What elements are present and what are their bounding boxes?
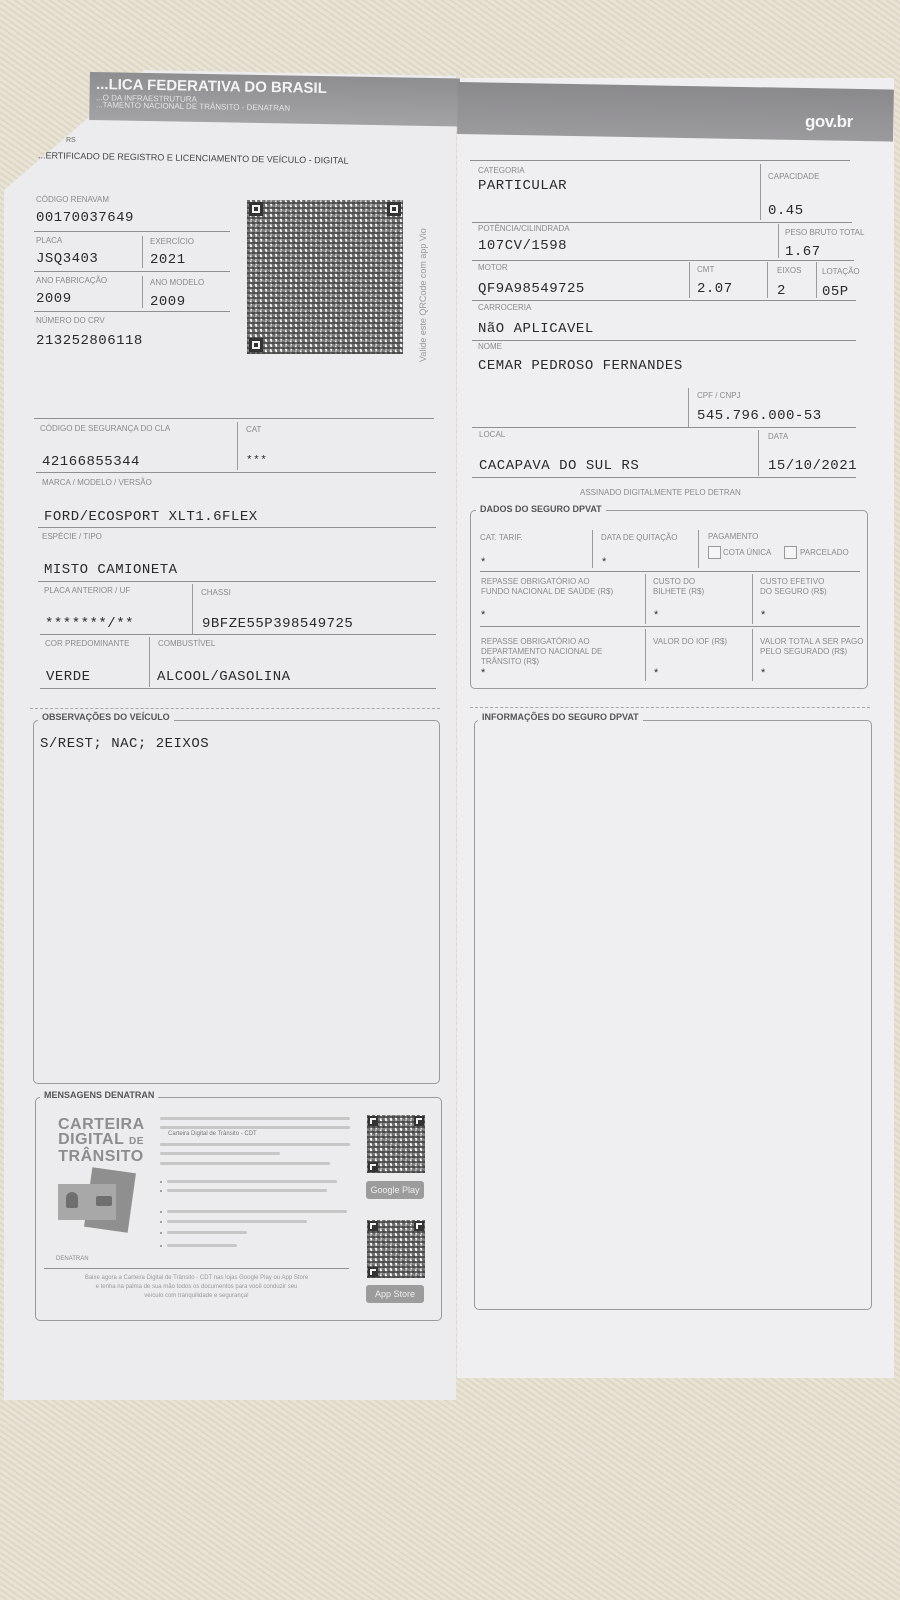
carroceria-label: CARROCERIA — [478, 303, 531, 312]
divider — [472, 300, 856, 301]
marca-modelo-value: FORD/ECOSPORT XLT1.6FLEX — [44, 509, 258, 525]
divider — [142, 276, 143, 308]
qr-finder-icon — [249, 202, 263, 216]
capacidade-value: 0.45 — [768, 203, 804, 219]
message-text — [167, 1210, 347, 1213]
divider — [480, 571, 860, 572]
custo-efetivo-value: * — [761, 609, 765, 621]
cat-label: CAT — [246, 425, 261, 434]
cpf-label: CPF / CNPJ — [697, 391, 741, 400]
message-text — [160, 1117, 350, 1120]
cdt-line-1: CARTEIRA — [58, 1117, 144, 1132]
divider — [480, 626, 860, 627]
message-text — [160, 1162, 330, 1165]
qr-finder-icon — [414, 1221, 424, 1231]
qr-caption: Valide este QRCode com app Vio — [418, 228, 428, 362]
message-text — [167, 1231, 247, 1234]
cdt-de: DE — [129, 1136, 144, 1147]
repasse-fns-label: REPASSE OBRIGATÓRIO AO — [481, 577, 590, 586]
custo-bilhete-label-2: BILHETE (R$) — [653, 587, 704, 596]
message-text — [160, 1126, 350, 1129]
divider — [40, 634, 436, 635]
denatran-messages-title: MENSAGENS DENATRAN — [40, 1090, 158, 1100]
peso-bruto-value: 1.67 — [785, 244, 821, 260]
divider — [767, 262, 768, 298]
divider — [472, 222, 852, 223]
cat-tarif-value: * — [481, 556, 485, 568]
valor-iof-label: VALOR DO IOF (R$) — [653, 637, 727, 646]
divider — [149, 637, 150, 687]
chassi-value: 9BFZE55P398549725 — [202, 616, 353, 632]
app-store-qr-code — [367, 1220, 425, 1278]
crv-label: NÚMERO DO CRV — [36, 316, 105, 325]
signed-notice: ASSINADO DIGITALMENTE PELO DETRAN — [580, 488, 741, 497]
divider — [689, 262, 690, 298]
eixos-label: EIXOS — [777, 266, 801, 275]
bullet — [160, 1221, 162, 1223]
divider — [472, 340, 856, 341]
message-text — [160, 1152, 280, 1155]
combustivel-value: ALCOOL/GASOLINA — [157, 669, 291, 685]
message-text — [167, 1244, 237, 1247]
potencia-label: POTÊNCIA/CILINDRADA — [478, 224, 570, 233]
message-text — [167, 1220, 307, 1223]
cat-tarif-label: CAT. TARIF. — [480, 533, 523, 542]
cdt-line-2: DIGITAL — [58, 1131, 124, 1148]
data-quitacao-value: * — [602, 556, 606, 568]
divider — [752, 574, 753, 624]
placa-value: JSQ3403 — [36, 251, 98, 267]
categoria-value: PARTICULAR — [478, 178, 567, 194]
custo-efetivo-label-2: DO SEGURO (R$) — [760, 587, 827, 596]
local-label: LOCAL — [479, 430, 505, 439]
custo-efetivo-label: CUSTO EFETIVO — [760, 577, 824, 586]
bullet — [160, 1211, 162, 1213]
cor-value: VERDE — [46, 669, 91, 685]
security-code-value: 42166855344 — [42, 454, 140, 470]
renavam-label: CÓDIGO RENAVAM — [36, 195, 109, 204]
divider — [645, 629, 646, 681]
divider — [758, 430, 759, 476]
cpf-value: 545.796.000-53 — [697, 408, 822, 424]
qr-finder-icon — [387, 202, 401, 216]
observations-box — [33, 720, 440, 1084]
repasse-denatran-value: * — [481, 667, 485, 679]
dpvat-info-title: INFORMAÇÕES DO SEGURO DPVAT — [478, 712, 643, 722]
dpvat-title: DADOS DO SEGURO DPVAT — [476, 504, 606, 514]
cmt-value: 2.07 — [697, 281, 733, 297]
valor-total-label: VALOR TOTAL A SER PAGO — [760, 637, 863, 646]
renavam-value: 00170037649 — [36, 210, 134, 226]
cdt-logo: CARTEIRA DIGITAL DE TRÂNSITO — [58, 1117, 144, 1164]
state-mark: RS — [66, 137, 76, 144]
repasse-denatran-label-2: DEPARTAMENTO NACIONAL DE — [481, 647, 602, 656]
parcelado-checkbox[interactable] — [784, 546, 797, 559]
divider — [752, 629, 753, 681]
divider — [34, 418, 434, 419]
lotacao-value: 05P — [822, 284, 849, 300]
divider — [816, 262, 817, 298]
divider — [645, 574, 646, 624]
divider — [688, 388, 689, 428]
divider — [38, 527, 436, 528]
divider — [142, 236, 143, 268]
divider — [34, 231, 230, 232]
app-store-badge[interactable]: App Store — [366, 1285, 424, 1303]
divider — [472, 477, 856, 478]
exercicio-label: EXERCÍCIO — [150, 237, 194, 246]
chassi-label: CHASSI — [201, 588, 231, 597]
cmt-label: CMT — [697, 265, 714, 274]
especie-tipo-value: MISTO CAMIONETA — [44, 562, 178, 578]
security-code-label: CÓDIGO DE SEGURANÇA DO CLA — [40, 424, 170, 433]
person-icon — [66, 1192, 78, 1208]
cdt-highlight: Carteira Digital de Trânsito - CDT — [168, 1131, 257, 1137]
cdt-download-text-2: e tenha na palma de sua mão todos os doc… — [44, 1284, 349, 1290]
google-play-badge[interactable]: Google Play — [366, 1181, 424, 1199]
observations-value: S/REST; NAC; 2EIXOS — [40, 736, 209, 752]
divider — [470, 160, 850, 161]
parcelado-label: PARCELADO — [800, 548, 849, 557]
repasse-denatran-label: REPASSE OBRIGATÓRIO AO — [481, 637, 590, 646]
marca-modelo-label: MARCA / MODELO / VERSÃO — [42, 478, 152, 487]
data-value: 15/10/2021 — [768, 458, 857, 474]
combustivel-label: COMBUSTÍVEL — [158, 639, 215, 648]
valor-total-value: * — [761, 667, 765, 679]
placa-anterior-label: PLACA ANTERIOR / UF — [44, 586, 130, 595]
divider — [40, 688, 436, 689]
eixos-value: 2 — [777, 283, 786, 299]
divider — [592, 530, 593, 568]
car-icon — [96, 1196, 112, 1206]
placa-label: PLACA — [36, 236, 62, 245]
valor-iof-value: * — [654, 667, 658, 679]
repasse-fns-value: * — [481, 609, 485, 621]
divider — [472, 427, 856, 428]
capacidade-label: CAPACIDADE — [768, 172, 819, 181]
carroceria-value: NãO APLICAVEL — [478, 321, 594, 337]
pagamento-label: PAGAMENTO — [708, 532, 758, 541]
qr-finder-icon — [368, 1267, 378, 1277]
observations-title: OBSERVAÇÕES DO VEÍCULO — [38, 712, 174, 722]
bullet — [160, 1245, 162, 1247]
divider — [36, 472, 436, 473]
custo-bilhete-value: * — [654, 609, 658, 621]
crv-value: 213252806118 — [36, 333, 143, 349]
ano-modelo-label: ANO MODELO — [150, 278, 204, 287]
validation-qr-code — [247, 200, 403, 354]
perforation-line — [30, 708, 440, 709]
message-text — [160, 1143, 350, 1146]
repasse-denatran-label-3: TRÂNSITO (R$) — [481, 657, 539, 666]
cat-value: *** — [246, 455, 267, 467]
cdt-download-text-1: Baixe agora a Carteira Digital de Trânsi… — [44, 1275, 349, 1281]
govbr-logo: gov.br — [805, 112, 853, 132]
divider — [237, 422, 238, 470]
divider — [192, 584, 193, 634]
ano-modelo-value: 2009 — [150, 294, 186, 310]
qr-finder-icon — [368, 1116, 378, 1126]
divider — [44, 1268, 349, 1269]
motor-label: MOTOR — [478, 263, 508, 272]
data-label: DATA — [768, 432, 788, 441]
perforation-line — [470, 707, 870, 708]
divider — [698, 530, 699, 568]
divider — [38, 581, 436, 582]
cdt-download-text-3: veículo com tranquilidade e segurança! — [44, 1293, 349, 1299]
dpvat-info-box — [474, 720, 872, 1310]
especie-tipo-label: ESPÉCIE / TIPO — [42, 532, 102, 541]
lotacao-label: LOTAÇÃO — [822, 267, 860, 276]
divider — [34, 271, 230, 272]
motor-value: QF9A98549725 — [478, 281, 585, 297]
qr-finder-icon — [414, 1116, 424, 1126]
divider — [760, 164, 761, 220]
denatran-footer-logo: DENATRAN — [56, 1256, 89, 1262]
qr-finder-icon — [249, 338, 263, 352]
cdt-line-3: TRÂNSITO — [58, 1149, 144, 1164]
valor-total-label-2: PELO SEGURADO (R$) — [760, 647, 847, 656]
divider — [778, 224, 779, 258]
local-value: CACAPAVA DO SUL RS — [479, 458, 639, 474]
message-text — [167, 1180, 337, 1183]
custo-bilhete-label: CUSTO DO — [653, 577, 695, 586]
potencia-value: 107CV/1598 — [478, 238, 567, 254]
nome-label: NOME — [478, 342, 502, 351]
placa-anterior-value: *******/** — [45, 616, 134, 632]
ano-fabricacao-value: 2009 — [36, 291, 72, 307]
repasse-fns-label-2: FUNDO NACIONAL DE SAÚDE (R$) — [481, 587, 613, 596]
qr-finder-icon — [368, 1221, 378, 1231]
cota-unica-label: COTA ÚNICA — [723, 548, 771, 557]
data-quitacao-label: DATA DE QUITAÇÃO — [601, 533, 677, 542]
divider — [472, 260, 854, 261]
cota-unica-checkbox[interactable] — [708, 546, 721, 559]
divider — [34, 311, 230, 312]
exercicio-value: 2021 — [150, 252, 186, 268]
categoria-label: CATEGORIA — [478, 166, 525, 175]
google-play-qr-code — [367, 1115, 425, 1173]
nome-value: CEMAR PEDROSO FERNANDES — [478, 358, 683, 374]
peso-bruto-label: PESO BRUTO TOTAL — [785, 228, 864, 237]
message-text — [167, 1189, 327, 1192]
bullet — [160, 1232, 162, 1234]
bullet — [160, 1190, 162, 1192]
qr-finder-icon — [368, 1162, 378, 1172]
ano-fabricacao-label: ANO FABRICAÇÃO — [36, 276, 107, 285]
bullet — [160, 1181, 162, 1183]
cor-label: COR PREDOMINANTE — [45, 639, 129, 648]
